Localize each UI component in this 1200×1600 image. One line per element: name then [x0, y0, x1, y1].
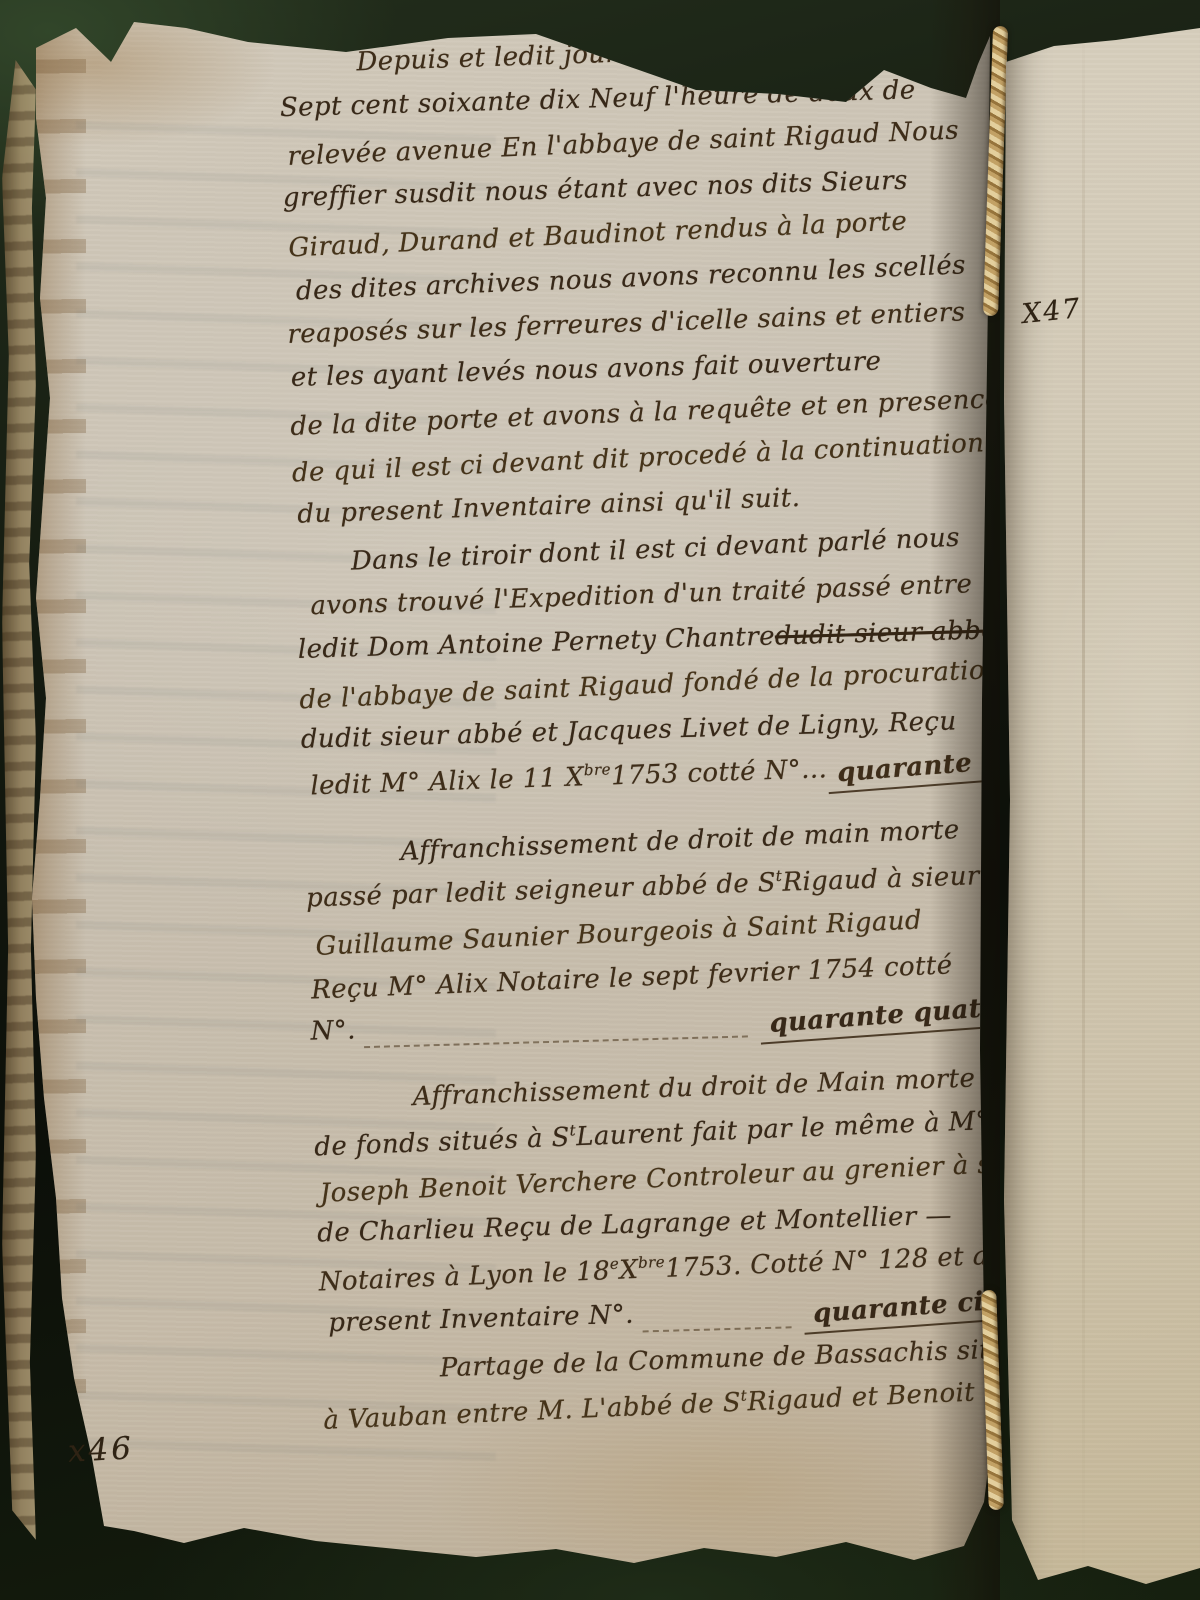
- dotted-leader: [642, 1326, 791, 1332]
- manuscript-text: Affranchissement de droit de main morte: [400, 815, 960, 867]
- dotted-leader: [364, 1035, 748, 1048]
- photo-background: Depuis et ledit jour Cinq fevrier milSep…: [0, 0, 1200, 1600]
- stacked-page-edges: [2, 60, 36, 1540]
- manuscript-text: bre: [638, 1253, 666, 1272]
- manuscript-text: Affranchissement du droit de Main morte: [412, 1063, 975, 1112]
- manuscript-text: bre: [584, 760, 612, 779]
- margin-note-x46: x46: [67, 1430, 135, 1469]
- manuscript-text: t: [775, 867, 782, 885]
- manuscript-text: t: [569, 1121, 576, 1139]
- facing-page-sliver: [996, 0, 1200, 1600]
- manuscript-text: Depuis et ledit jour Cinq fevrier mil: [356, 31, 841, 77]
- manuscript-text: N°.: [310, 1015, 356, 1046]
- paper-crease: [1082, 0, 1085, 1600]
- margin-note-x47: X47: [1021, 293, 1083, 330]
- manuscript-text: e: [609, 1255, 619, 1273]
- manuscript-text: t: [740, 1386, 747, 1404]
- manuscript-text: X: [619, 1255, 639, 1286]
- manuscript-text-block: Depuis et ledit jour Cinq fevrier milSep…: [278, 27, 1030, 1448]
- manuscript-page: Depuis et ledit jour Cinq fevrier milSep…: [16, 0, 994, 1600]
